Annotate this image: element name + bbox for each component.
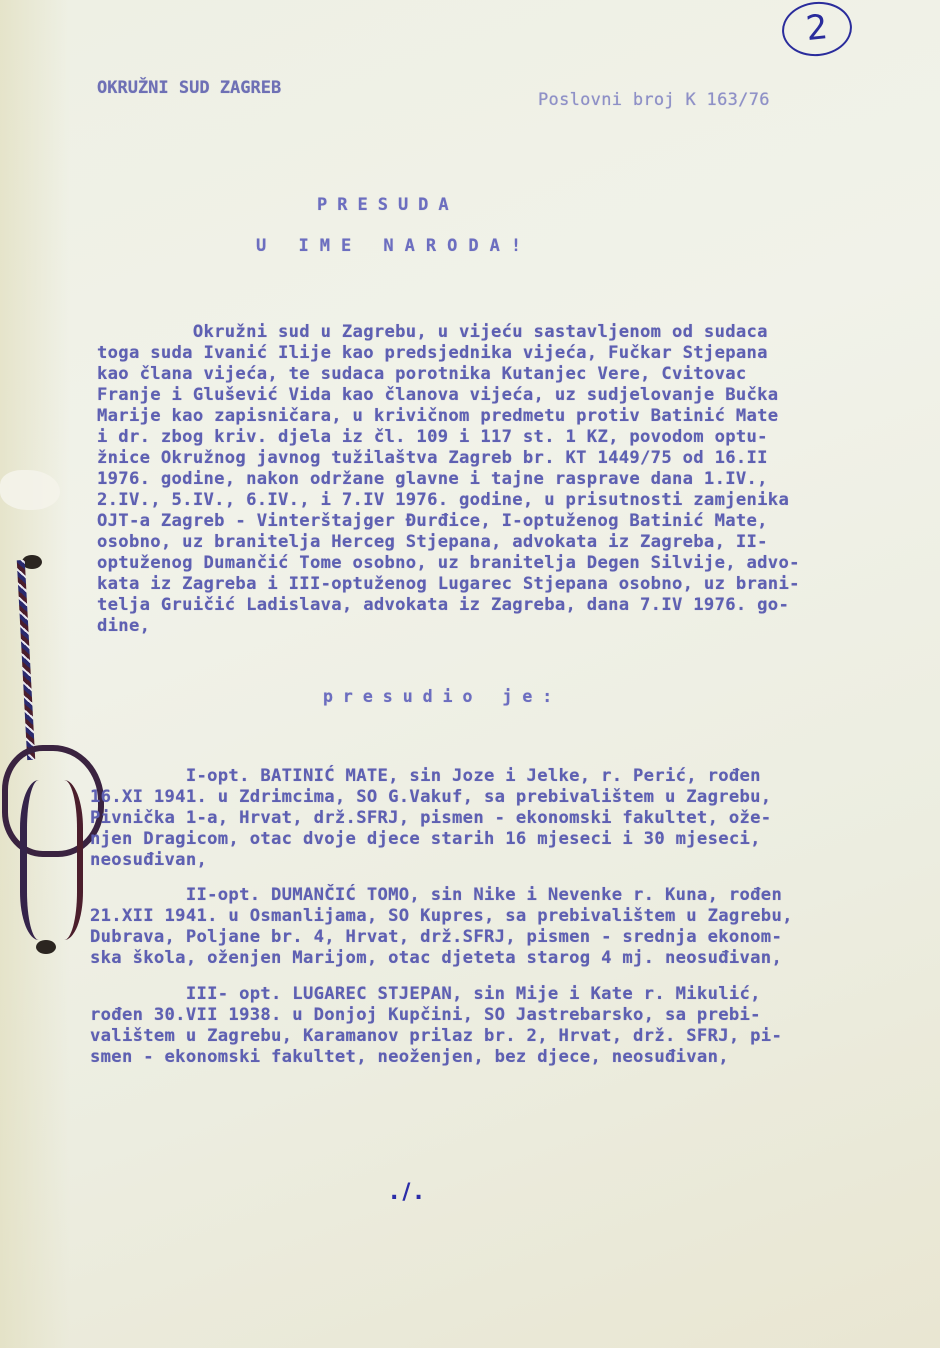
defendant-line: 21.XII 1941. u Osmanlijama, SO Kupres, s… — [90, 906, 793, 926]
binding-string-ends — [20, 780, 83, 940]
defendant-line: rođen 30.VII 1938. u Donjoj Kupčini, SO … — [90, 1005, 761, 1025]
document-subtitle: U IME NARODA! — [256, 236, 532, 256]
verdict-heading: presudio je: — [323, 687, 562, 706]
defendant-line: Dubrava, Poljane br. 4, Hrvat, drž.SFRJ,… — [90, 927, 782, 947]
court-header: OKRUŽNI SUD ZAGREB — [97, 78, 281, 98]
document-title: PRESUDA — [317, 195, 459, 215]
defendant-line: Pivnička 1-a, Hrvat, drž.SFRJ, pismen - … — [90, 808, 771, 828]
intro-line: i dr. zbog kriv. djela iz čl. 109 i 117 … — [97, 427, 768, 447]
intro-line: toga suda Ivanić Ilije kao predsjednika … — [97, 343, 768, 363]
defendant-line: ska škola, oženjen Marijom, otac djeteta… — [90, 948, 782, 968]
paper-edge-shading — [0, 0, 70, 1348]
continuation-mark: ./. — [390, 1180, 427, 1205]
defendant-line: njen Dragicom, otac dvoje djece starih 1… — [90, 829, 761, 849]
intro-line: OJT-a Zagreb - Vinterštajger Đurđice, I-… — [97, 511, 768, 531]
handwritten-page-number: 2 — [779, 0, 854, 60]
torn-punch-hole — [0, 470, 60, 510]
intro-line: kao člana vijeća, te sudaca porotnika Ku… — [97, 364, 747, 384]
case-number: Poslovni broj K 163/76 — [538, 90, 770, 110]
intro-line: Okružni sud u Zagrebu, u vijeću sastavlj… — [97, 322, 768, 342]
defendant-line: neosuđivan, — [90, 850, 207, 870]
binding-hole-lower — [36, 940, 56, 954]
defendant-line: valištem u Zagrebu, Karamanov prilaz br.… — [90, 1026, 782, 1046]
intro-line: optuženog Dumančić Tome osobno, uz brani… — [97, 553, 800, 573]
defendant-line: smen - ekonomski fakultet, neoženjen, be… — [90, 1047, 729, 1067]
defendant-line: III- opt. LUGAREC STJEPAN, sin Mije i Ka… — [90, 984, 761, 1004]
intro-line: 1976. godine, nakon održane glavne i taj… — [97, 469, 768, 489]
intro-line: dine, — [97, 616, 150, 636]
intro-line: Marije kao zapisničara, u krivičnom pred… — [97, 406, 778, 426]
intro-line: osobno, uz branitelja Herceg Stjepana, a… — [97, 532, 768, 552]
defendant-line: 16.XI 1941. u Zdrimcima, SO G.Vakuf, sa … — [90, 787, 771, 807]
intro-line: Franje i Glušević Vida kao članova vijeć… — [97, 385, 778, 405]
intro-line: žnice Okružnog javnog tužilaštva Zagreb … — [97, 448, 768, 468]
defendant-line: I-opt. BATINIĆ MATE, sin Joze i Jelke, r… — [90, 766, 761, 786]
intro-line: kata iz Zagreba i III-optuženog Lugarec … — [97, 574, 800, 594]
intro-line: 2.IV., 5.IV., 6.IV., i 7.IV 1976. godine… — [97, 490, 789, 510]
intro-line: telja Gruičić Ladislava, advokata iz Zag… — [97, 595, 789, 615]
defendant-line: II-opt. DUMANČIĆ TOMO, sin Nike i Nevenk… — [90, 885, 782, 905]
